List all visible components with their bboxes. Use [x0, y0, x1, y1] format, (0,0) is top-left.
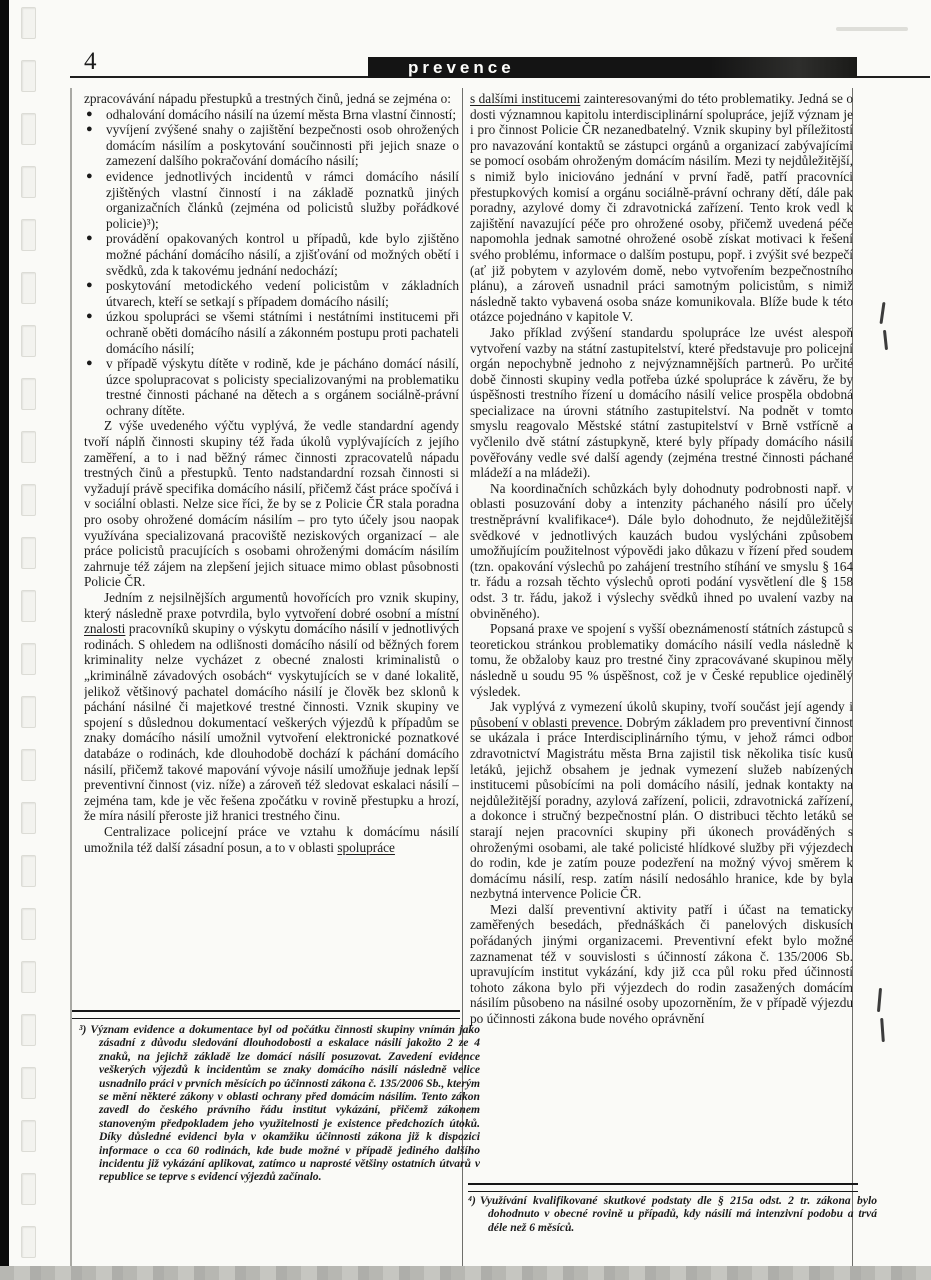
binder-hole — [21, 802, 36, 834]
binder-hole — [21, 166, 36, 198]
paragraph: Centralizace policejní práce ve vztahu k… — [84, 824, 459, 855]
binder-hole — [21, 696, 36, 728]
margin-mark — [883, 330, 888, 350]
text-run: Jako příklad zvýšení standardu spoluprác… — [470, 325, 853, 480]
page-number: 4 — [84, 48, 97, 76]
right-paragraphs: s dalšími institucemi zainteresovanými d… — [470, 91, 853, 1027]
left-paragraphs: Z výše uvedeného výčtu vyplývá, že vedle… — [84, 418, 459, 855]
binder-hole — [21, 855, 36, 887]
binder-hole — [21, 1014, 36, 1046]
bullet-item: odhalování domácího násilí na území měst… — [84, 107, 459, 123]
text-run: Jak vyplývá z vymezení úkolů skupiny, tv… — [490, 699, 853, 714]
right-column: s dalšími institucemi zainteresovanými d… — [470, 91, 853, 1177]
binder-hole — [21, 219, 36, 251]
underlined-text: s dalšími institucemi — [470, 91, 580, 106]
bullet-item: úzkou spolupráci se všemi státními i nes… — [84, 309, 459, 356]
footnote-marker: ⁴) — [468, 1194, 480, 1207]
text-run: Centralizace policejní práce ve vztahu k… — [84, 824, 459, 855]
paragraph: Z výše uvedeného výčtu vyplývá, že vedle… — [84, 418, 459, 590]
margin-mark — [877, 988, 882, 1012]
margin-mark — [880, 1018, 885, 1042]
paragraph: Mezi další preventivní aktivity patří i … — [470, 902, 853, 1027]
binder-hole — [21, 113, 36, 145]
binder-hole — [21, 325, 36, 357]
binder-hole — [21, 272, 36, 304]
scanned-document-page: 4 prevence zpracovávání nápadu přestupků… — [0, 0, 931, 1280]
text-run: Dobrým základem pro preventivní činnost … — [470, 715, 853, 902]
paragraph: Jedním z nejsilnějších argumentů hovoříc… — [84, 590, 459, 824]
binder-hole — [21, 749, 36, 781]
paragraph: Popsaná praxe ve spojení s vyšší obeznám… — [470, 621, 853, 699]
margin-mark — [879, 302, 885, 324]
underlined-text: spolupráce — [337, 840, 395, 855]
paragraph: s dalšími institucemi zainteresovanými d… — [470, 91, 853, 325]
binder-hole — [21, 643, 36, 675]
binder-hole — [21, 537, 36, 569]
binder-hole — [21, 961, 36, 993]
binder-hole — [21, 1120, 36, 1152]
scan-edge-left — [0, 0, 9, 1280]
binder-hole — [21, 908, 36, 940]
bullet-item: v případě výskytu dítěte v rodině, kde j… — [84, 356, 459, 418]
paragraph: Na koordinačních schůzkách byly dohodnut… — [470, 481, 853, 621]
binder-hole — [21, 378, 36, 410]
underlined-text: působení v oblasti prevence. — [470, 715, 623, 730]
scan-smudge — [836, 27, 908, 31]
footnote-rule-right — [468, 1183, 858, 1192]
binder-hole — [21, 590, 36, 622]
footnote-3: ³)Význam evidence a dokumentace byl od p… — [79, 1023, 480, 1261]
text-run: Na koordinačních schůzkách byly dohodnut… — [470, 481, 853, 621]
bullet-item: vyvíjení zvýšené snahy o zajištění bezpe… — [84, 122, 459, 169]
binder-hole — [21, 1173, 36, 1205]
section-header-bar: prevence — [368, 57, 857, 78]
section-title: prevence — [368, 58, 515, 78]
binder-hole — [21, 60, 36, 92]
bullet-item: provádění opakovaných kontrol u případů,… — [84, 231, 459, 278]
binder-hole — [21, 1067, 36, 1099]
text-run: pracovníků skupiny o výskytu domácího ná… — [84, 621, 459, 823]
paragraph: Jako příklad zvýšení standardu spoluprác… — [470, 325, 853, 481]
binder-hole — [21, 1226, 36, 1258]
footnote-marker: ³) — [79, 1023, 90, 1036]
intro-paragraph: zpracovávání nápadu přestupků a trestnýc… — [84, 91, 459, 107]
footnote-4: ⁴)Využívání kvalifikované skutkové podst… — [468, 1194, 877, 1258]
binder-hole — [21, 431, 36, 463]
text-run: Z výše uvedeného výčtu vyplývá, že vedle… — [84, 418, 459, 589]
text-run: zainteresovanými do této problematiky. J… — [470, 91, 853, 324]
bullet-item: evidence jednotlivých incidentů v rámci … — [84, 169, 459, 231]
bullet-list: odhalování domácího násilí na území měst… — [84, 107, 459, 419]
binder-hole — [21, 484, 36, 516]
text-run: Popsaná praxe ve spojení s vyšší obeznám… — [470, 621, 853, 698]
left-column: zpracovávání nápadu přestupků a trestnýc… — [84, 91, 459, 1007]
text-run: Mezi další preventivní aktivity patří i … — [470, 902, 853, 1026]
binder-hole — [21, 7, 36, 39]
left-frame-rule — [70, 88, 72, 1266]
footnote-text: Využívání kvalifikované skutkové podstat… — [480, 1194, 877, 1234]
scan-edge-bottom — [0, 1266, 931, 1280]
footnote-rule-left — [72, 1010, 460, 1019]
footnote-text: Význam evidence a dokumentace byl od poč… — [90, 1023, 480, 1183]
paragraph: Jak vyplývá z vymezení úkolů skupiny, tv… — [470, 699, 853, 902]
bullet-item: poskytování metodického vedení policistů… — [84, 278, 459, 309]
